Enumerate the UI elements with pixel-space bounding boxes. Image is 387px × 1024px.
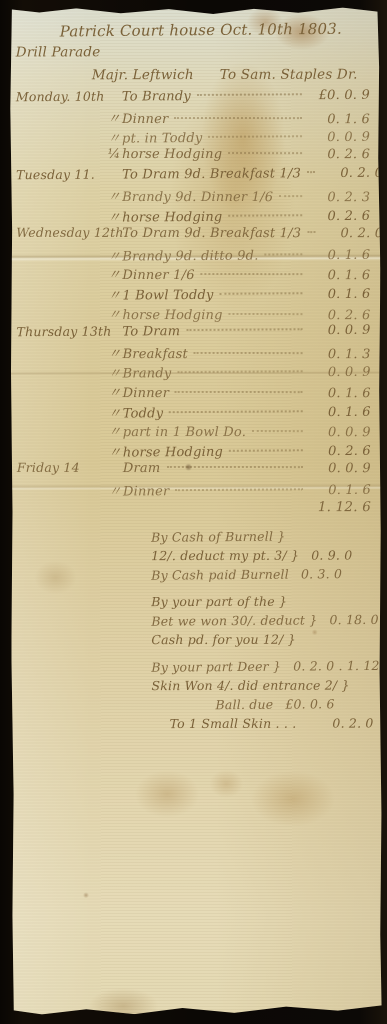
dot-leader (194, 352, 303, 354)
entry-amount: 0. 1. 6 (308, 268, 370, 283)
handwritten-content: Patrick Court house Oct. 10th 1803. Dril… (10, 7, 383, 1017)
ditto-mark: 〃 (106, 128, 122, 147)
entry-day (16, 260, 106, 261)
entry-description: Dinner (123, 484, 170, 499)
entry-day: Tuesday 11. (16, 167, 106, 183)
credit-amount: 0. 2. 0 (332, 716, 373, 731)
entry-amount: 0. 0. 9 (309, 461, 371, 476)
ditto-mark: 〃 (107, 421, 123, 440)
entry-amount: 0. 1. 6 (308, 248, 370, 263)
entry-description: Dinner (122, 112, 168, 127)
entry-amount: 0. 0. 9 (309, 365, 371, 380)
ledger-row: 〃1 Bowl Toddy0. 1. 6 (14, 283, 374, 305)
entry-amount: 0. 1. 6 (309, 404, 371, 419)
dot-leader (228, 152, 302, 154)
entry-amount: 0. 2. 0 (321, 226, 383, 241)
ledger-row: Wednesday 12thTo Dram 9d. Breakfast 1/30… (14, 225, 374, 245)
entry-description: Brandy (123, 366, 172, 381)
credit-text: Bet we won 30/. deduct } (151, 612, 317, 628)
ledger-row: 〃Dinner0. 1. 6 (15, 382, 375, 402)
entry-description: horse Hodging (123, 444, 223, 460)
account-heading: Majr. Leftwich To Sam. Staples Dr. (92, 67, 374, 84)
credit-row: By your part Deer }0. 2. 0 . 1. 12. 0 (151, 658, 375, 679)
ditto-mark: 〃 (106, 245, 122, 264)
ledger-row: 〃Dinner0. 1. 6 (14, 107, 374, 127)
entry-day (17, 495, 107, 496)
dot-leader (166, 466, 302, 468)
credit-text: By your part Deer } (151, 659, 281, 675)
credit-row: Cash pd. for you 12/ } (151, 632, 375, 652)
ledger-row: Friday 14Dram0. 0. 9 (15, 460, 375, 480)
dot-leader (220, 292, 303, 295)
ledger-row: 〃Brandy 9d. Dinner 1/60. 2. 3 (14, 186, 374, 206)
ditto-mark: 〃 (106, 284, 122, 303)
entry-amount: 0. 0. 9 (308, 130, 370, 145)
dot-leader (175, 391, 303, 393)
entry-amount: 0. 0. 9 (309, 425, 371, 440)
entry-day (17, 417, 107, 418)
entry-amount: 0. 2. 6 (308, 147, 370, 162)
dot-leader (307, 231, 315, 233)
dot-leader (174, 117, 302, 119)
credit-section: By Cash of Burnell } 12/. deduct my pt. … (15, 529, 376, 736)
entry-description: To Dram (122, 324, 180, 339)
dot-leader (208, 135, 302, 138)
dot-leader (264, 253, 302, 255)
manuscript-paper: Patrick Court house Oct. 10th 1803. Dril… (10, 7, 383, 1017)
entry-description: horse Hodging (122, 307, 222, 322)
entry-description: horse Hodging (122, 209, 222, 225)
subtitle: Drill Parade (16, 44, 374, 61)
entry-day (16, 143, 106, 144)
ditto-mark: 〃 (107, 441, 123, 460)
credit-row: By Cash of Burnell } (151, 528, 375, 549)
credit-text: Skin Won 4/. did entrance 2/ } (151, 678, 349, 694)
entry-description: To Dram 9d. Breakfast 1/3 (122, 167, 301, 183)
entry-amount: 0. 1. 6 (309, 483, 371, 498)
ledger-row: Tuesday 11.To Dram 9d. Breakfast 1/30. 2… (14, 165, 374, 187)
entry-amount: 0. 0. 9 (308, 323, 370, 338)
credit-row: 12/. deduct my pt. 3/ }0. 9. 0 (151, 548, 375, 568)
ledger-row: ¼horse Hodging0. 2. 6 (14, 147, 374, 167)
entry-description: To Dram 9d. Breakfast 1/3 (122, 226, 301, 241)
entry-description: To Brandy (122, 89, 191, 104)
entry-day (16, 221, 106, 222)
credit-amount: 0. 9. 0 (311, 548, 352, 563)
ditto-mark: 〃 (107, 382, 123, 401)
entry-description: Dinner 1/6 (122, 268, 194, 283)
credit-amount: £0. 0. 6 (285, 696, 334, 711)
dot-leader (197, 93, 302, 96)
credit-text: By Cash of Burnell } (151, 529, 286, 545)
credit-row: By your part of the } (151, 594, 375, 614)
entry-day (17, 378, 107, 379)
ditto-mark: 〃 (106, 206, 122, 225)
ledger-row: 〃pt. in Toddy0. 0. 9 (14, 126, 374, 148)
credit-text: To 1 Small Skin . . . (170, 716, 297, 731)
dot-leader (201, 273, 303, 275)
entry-amount: 0. 2. 6 (308, 308, 370, 323)
ledger-row: 〃horse Hodging0. 2. 6 (14, 204, 374, 226)
entry-amount: 0. 2. 0 (321, 166, 383, 181)
ledger-row: 〃Dinner 1/60. 1. 6 (14, 264, 374, 284)
credit-amount: 0. 2. 0 . 1. 12. 0 (293, 658, 387, 674)
dot-leader (229, 449, 303, 452)
credit-row-small-skin: To 1 Small Skin . . .0. 2. 0 (170, 716, 376, 736)
subtotal-amount: 1. 12. 6 (309, 500, 371, 516)
credit-text: By your part of the } (151, 594, 287, 609)
ledger-row: 〃Brandy 9d. ditto 9d.0. 1. 6 (14, 243, 374, 265)
entry-day: Wednesday 12th (16, 225, 106, 240)
entry-day: Monday. 10th (16, 89, 106, 105)
entry-day: Friday 14 (17, 460, 107, 475)
dot-leader (279, 195, 302, 197)
credit-text: By Cash paid Burnell (151, 567, 289, 583)
ledger-row: 〃Toddy0. 1. 6 (15, 400, 375, 422)
entry-amount: 0. 2. 6 (309, 443, 371, 458)
ledger-row: 〃Dinner0. 1. 6 (15, 479, 375, 501)
credit-row: Bet we won 30/. deduct }0. 18. 0 (151, 612, 375, 633)
entry-description: Dinner (123, 386, 169, 401)
account-debtor: Majr. Leftwich (92, 67, 194, 83)
entry-description: Toddy (123, 406, 164, 421)
ledger-subtotal-row: 1. 12. 6 (15, 499, 375, 519)
credit-amount: 0. 18. 0 (329, 612, 378, 627)
dot-leader (186, 328, 302, 331)
ledger-row: 〃part in 1 Bowl Do.0. 0. 9 (15, 421, 375, 441)
entry-description: pt. in Toddy (122, 131, 202, 147)
ditto-mark: ¼ (106, 147, 122, 162)
ledger-row: 〃Breakfast0. 1. 3 (15, 343, 375, 363)
ditto-mark: 〃 (107, 402, 123, 421)
entry-description: 1 Bowl Toddy (122, 288, 213, 304)
entry-amount: 0. 1. 6 (308, 287, 370, 302)
dot-leader (175, 488, 303, 491)
entry-description: part in 1 Bowl Do. (123, 425, 246, 440)
credit-text: Ball. due (215, 697, 273, 712)
ledger-row: 〃Brandy0. 0. 9 (15, 361, 375, 383)
account-creditor: To Sam. Staples Dr. (220, 67, 358, 83)
ledger-row: Monday. 10thTo Brandy£0. 0. 9 (14, 87, 374, 109)
ditto-mark: 〃 (106, 264, 122, 283)
entry-description: horse Hodging (122, 147, 222, 162)
ditto-mark: 〃 (106, 186, 122, 205)
dot-leader (252, 430, 303, 432)
entry-amount: 0. 2. 3 (308, 190, 370, 205)
ditto-mark: 〃 (107, 480, 123, 499)
ledger-row: 〃horse Hodging0. 2. 6 (14, 303, 374, 323)
ditto-mark: 〃 (107, 343, 123, 362)
entry-day (16, 300, 106, 301)
entry-amount: 0. 1. 3 (309, 347, 371, 362)
credit-text: Cash pd. for you 12/ } (151, 632, 296, 647)
dot-leader (177, 371, 302, 374)
ditto-mark: 〃 (106, 303, 122, 322)
entry-amount: 0. 1. 6 (309, 386, 371, 401)
credit-row: Skin Won 4/. did entrance 2/ } (151, 678, 375, 698)
ledger-row: 〃horse Hodging0. 2. 6 (15, 439, 375, 461)
entry-amount: £0. 0. 9 (308, 88, 370, 103)
place-date-line: Patrick Court house Oct. 10th 1803. (60, 19, 374, 40)
ledger-entries: Monday. 10thTo Brandy£0. 0. 9 〃Dinner0. … (14, 88, 375, 520)
entry-description: Brandy 9d. Dinner 1/6 (122, 190, 273, 205)
dot-leader (229, 313, 303, 315)
ledger-row: Thursday 13thTo Dram0. 0. 9 (14, 322, 374, 344)
dot-leader (228, 214, 302, 217)
dot-leader (307, 172, 315, 174)
entry-amount: 0. 2. 6 (308, 208, 370, 223)
entry-description: Breakfast (123, 347, 188, 362)
entry-day: Thursday 13th (16, 324, 106, 340)
entry-amount: 0. 1. 6 (308, 112, 370, 127)
credit-text: 12/. deduct my pt. 3/ } (151, 548, 299, 563)
entry-description: Dram (123, 461, 161, 476)
entry-description: Brandy 9d. ditto 9d. (122, 248, 258, 264)
ditto-mark: 〃 (106, 108, 122, 127)
credit-amount: 0. 3. 0 (301, 566, 342, 581)
ditto-mark: 〃 (107, 363, 123, 382)
credit-row-balance-due: Ball. due£0. 0. 6 (151, 696, 375, 717)
entry-day (17, 456, 107, 457)
credit-row: By Cash paid Burnell0. 3. 0 (151, 566, 375, 587)
dot-leader (169, 410, 303, 413)
